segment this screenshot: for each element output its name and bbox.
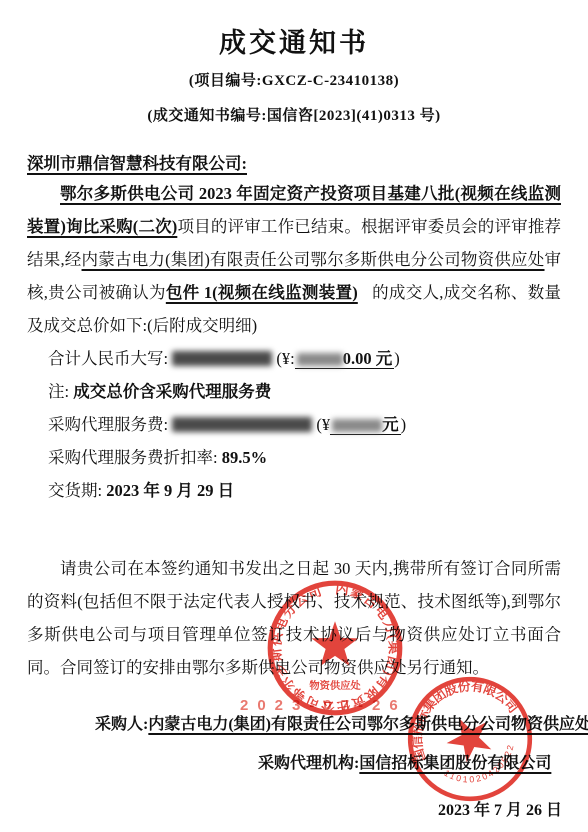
buyer-seal-sub-text: 物资供应处: [309, 679, 361, 692]
agency-fee-line: 采购代理服务费: (¥元): [48, 408, 561, 441]
agency-label: 采购代理机构:: [258, 755, 359, 772]
agency-seal-stamp: 国信招标集团股份有限公司 1101020420522: [403, 672, 537, 806]
total-paren-close: ): [394, 349, 400, 368]
doc-title: 成交通知书: [0, 0, 588, 60]
buyer-label: 采购人:: [95, 716, 148, 733]
discount-line: 采购代理服务费折扣率: 89.5%: [48, 441, 561, 474]
delivery-value: 2023 年 9 月 29 日: [106, 481, 234, 500]
fee-paren-close: ): [401, 415, 407, 434]
redacted-total-amount-digits: [297, 353, 343, 366]
fee-label: 采购代理服务费:: [48, 415, 168, 434]
buyer-seal-stamp: 内蒙古电力(集团)有限责任公司鄂尔多斯供电分公司 物资供应处: [263, 576, 407, 720]
redacted-fee-digits: [332, 419, 382, 432]
redacted-fee-cn: [172, 417, 312, 432]
recipient-company: 深圳市鼎信智慧科技有限公司:: [27, 154, 261, 173]
note-line: 注: 成交总价含采购代理服务费: [48, 375, 561, 408]
fee-amount-visible: 元: [382, 415, 399, 434]
total-amount-line: 合计人民币大写: (¥:0.00 元): [48, 342, 561, 375]
buyer-org-segment: 内蒙古电力(集团)有限责任公司鄂尔多斯供电分公司物资供应处: [82, 250, 545, 269]
total-paren-open: (¥:: [276, 349, 294, 368]
package-segment: 包件 1(视频在线监测装置): [166, 283, 372, 302]
project-number-line: (项目编号:GXCZ-C-23410138): [0, 69, 588, 90]
fee-paren-open: (¥: [316, 415, 330, 434]
notice-number-line: (成交通知书编号:国信咨[2023](41)0313 号): [0, 104, 588, 125]
note-text: 成交总价含采购代理服务费: [73, 382, 271, 401]
discount-label: 采购代理服务费折扣率:: [48, 448, 218, 467]
redacted-total-amount-cn: [172, 351, 272, 366]
recipient-line: 深圳市鼎信智慧科技有限公司:: [27, 150, 561, 174]
discount-value: 89.5%: [222, 448, 267, 467]
note-label: 注:: [48, 382, 69, 401]
total-label: 合计人民币大写:: [48, 349, 168, 368]
total-amount-visible: 0.00 元: [343, 349, 393, 368]
body-paragraph-1: 鄂尔多斯供电公司 2023 年固定资产投资项目基建八批(视频在线监测装置)询比采…: [27, 177, 561, 342]
star-icon: [439, 707, 499, 766]
delivery-label: 交货期:: [48, 481, 102, 500]
star-icon: [312, 621, 359, 666]
delivery-line: 交货期: 2023 年 9 月 29 日: [48, 474, 561, 507]
amount-summary: 合计人民币大写: (¥:0.00 元) 注: 成交总价含采购代理服务费 采购代理…: [48, 342, 561, 507]
award-notice-document: 成交通知书 (项目编号:GXCZ-C-23410138) (成交通知书编号:国信…: [0, 0, 588, 832]
total-amount-value: 0.00 元: [295, 349, 395, 369]
fee-amount-value: 元: [330, 415, 401, 435]
